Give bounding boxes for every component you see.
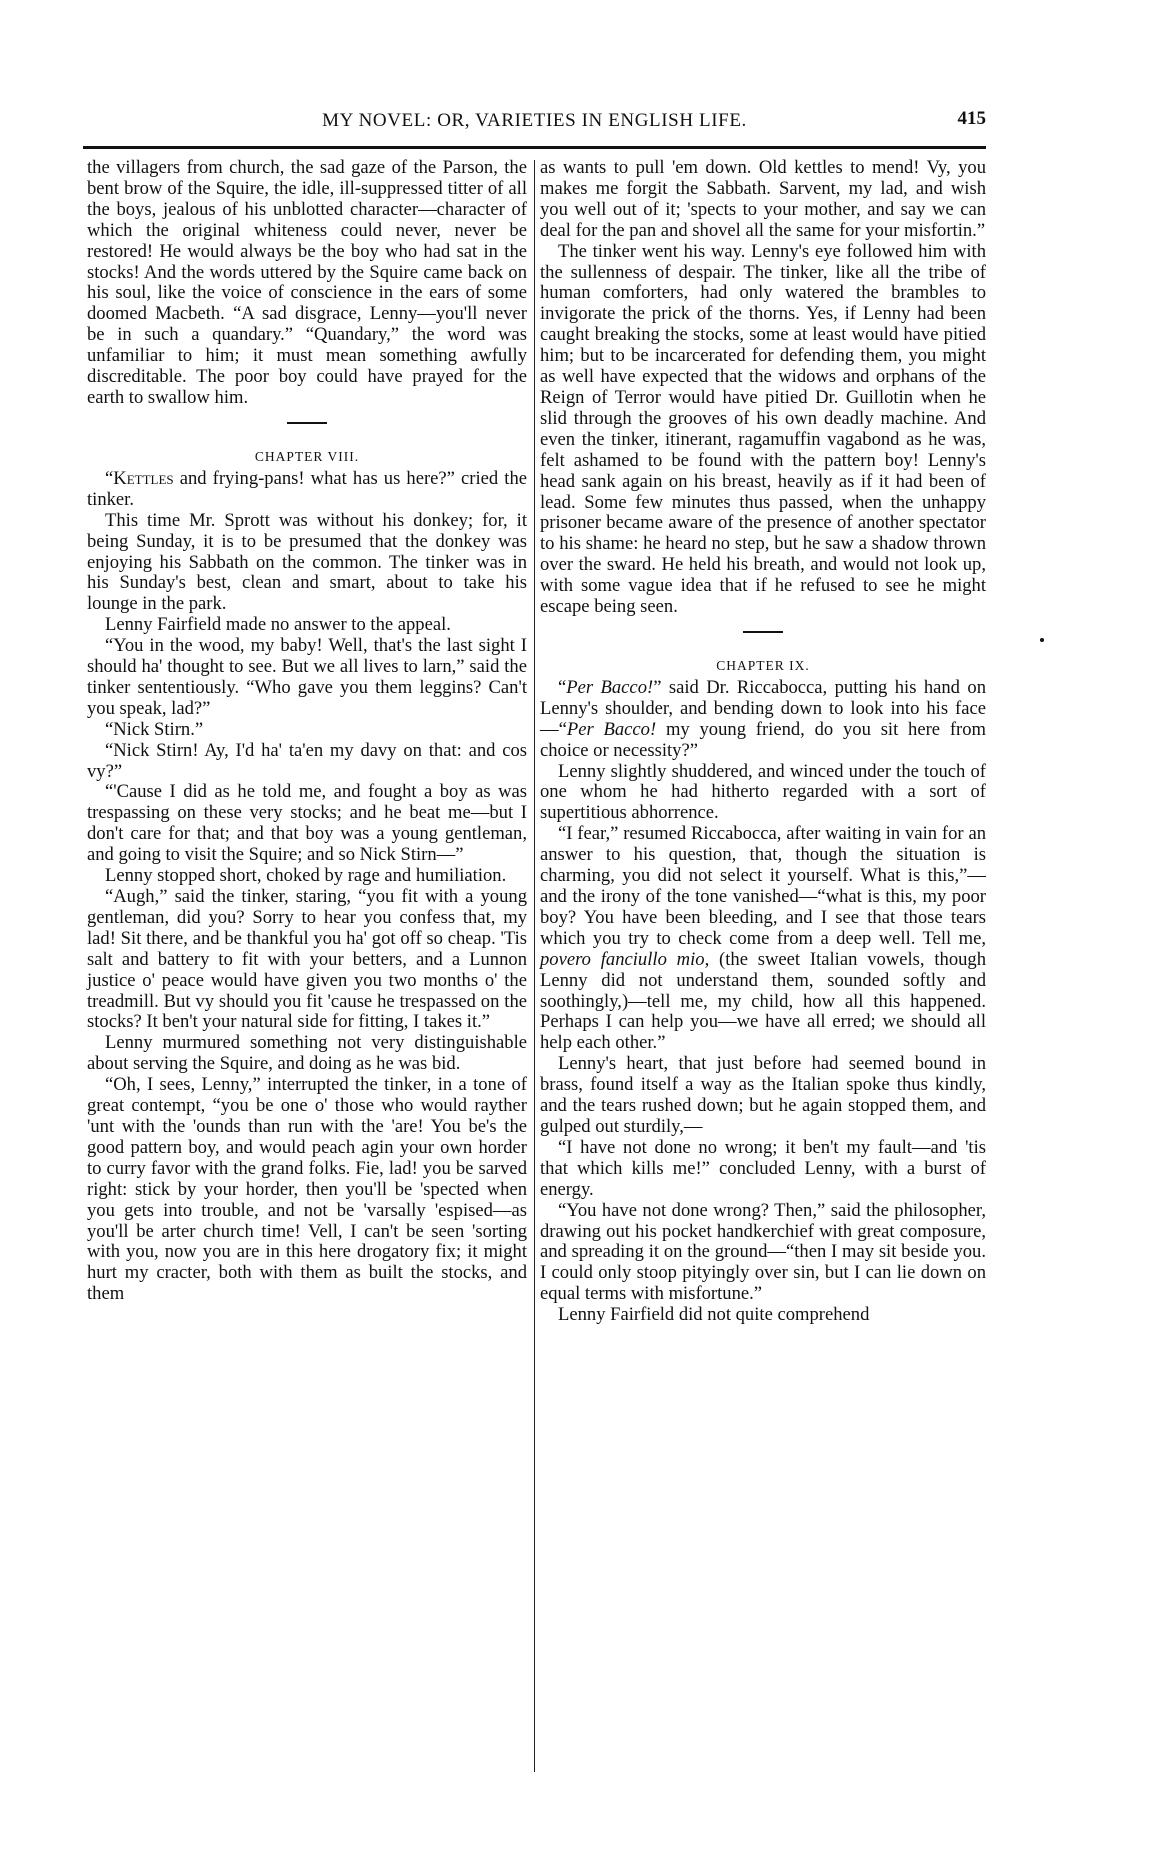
chapter-heading: CHAPTER VIII. (87, 447, 527, 467)
header-rule (83, 146, 986, 149)
paragraph: “You in the wood, my baby! Well, that's … (87, 636, 527, 720)
paragraph: Lenny Fairfield made no answer to the ap… (87, 615, 527, 636)
paragraph: “I have not done no wrong; it ben't my f… (540, 1138, 986, 1201)
running-head: MY NOVEL: OR, VARIETIES IN ENGLISH LIFE.… (83, 108, 986, 136)
paragraph: “'Cause I did as he told me, and fought … (87, 782, 527, 866)
italic-text: Per Bacco! (567, 719, 656, 740)
paragraph: The tinker went his way. Lenny's eye fol… (540, 242, 986, 618)
paragraph: Lenny murmured something not very distin… (87, 1033, 527, 1075)
paragraph: the villagers from church, the sad gaze … (87, 158, 527, 409)
running-title: MY NOVEL: OR, VARIETIES IN ENGLISH LIFE. (83, 110, 986, 132)
text: “I fear,” resumed Riccabocca, after wait… (540, 823, 986, 949)
paragraph: “I fear,” resumed Riccabocca, after wait… (540, 824, 986, 1054)
document-page: MY NOVEL: OR, VARIETIES IN ENGLISH LIFE.… (0, 0, 1176, 1850)
drop-word: Kettles (113, 468, 173, 489)
right-column: as wants to pull 'em down. Old kettles t… (540, 158, 986, 1326)
paragraph: “Per Bacco!” said Dr. Riccabocca, puttin… (540, 678, 986, 762)
paragraph: “Nick Stirn! Ay, I'd ha' ta'en my davy o… (87, 741, 527, 783)
italic-text: povero fanciullo mio (540, 949, 705, 970)
column-divider (534, 160, 535, 1772)
paragraph: “Nick Stirn.” (87, 720, 527, 741)
paragraph: “Kettles and frying-pans! what has us he… (87, 469, 527, 511)
paragraph: Lenny slightly shuddered, and winced und… (540, 762, 986, 825)
scan-speck (1040, 638, 1044, 642)
page-number: 415 (958, 108, 987, 130)
paragraph: Lenny stopped short, choked by rage and … (87, 866, 527, 887)
paragraph: as wants to pull 'em down. Old kettles t… (540, 158, 986, 242)
paragraph: “Augh,” said the tinker, staring, “you f… (87, 887, 527, 1033)
paragraph: “You have not done wrong? Then,” said th… (540, 1201, 986, 1306)
paragraph: This time Mr. Sprott was without his don… (87, 511, 527, 616)
section-divider (287, 422, 327, 424)
paragraph: Lenny's heart, that just before had seem… (540, 1054, 986, 1138)
section-divider (743, 631, 783, 633)
left-column: the villagers from church, the sad gaze … (87, 158, 527, 1305)
paragraph: Lenny Fairfield did not quite comprehend (540, 1305, 986, 1326)
italic-text: Per Bacco! (566, 677, 653, 698)
paragraph: “Oh, I sees, Lenny,” interrupted the tin… (87, 1075, 527, 1305)
chapter-heading: CHAPTER IX. (540, 656, 986, 676)
